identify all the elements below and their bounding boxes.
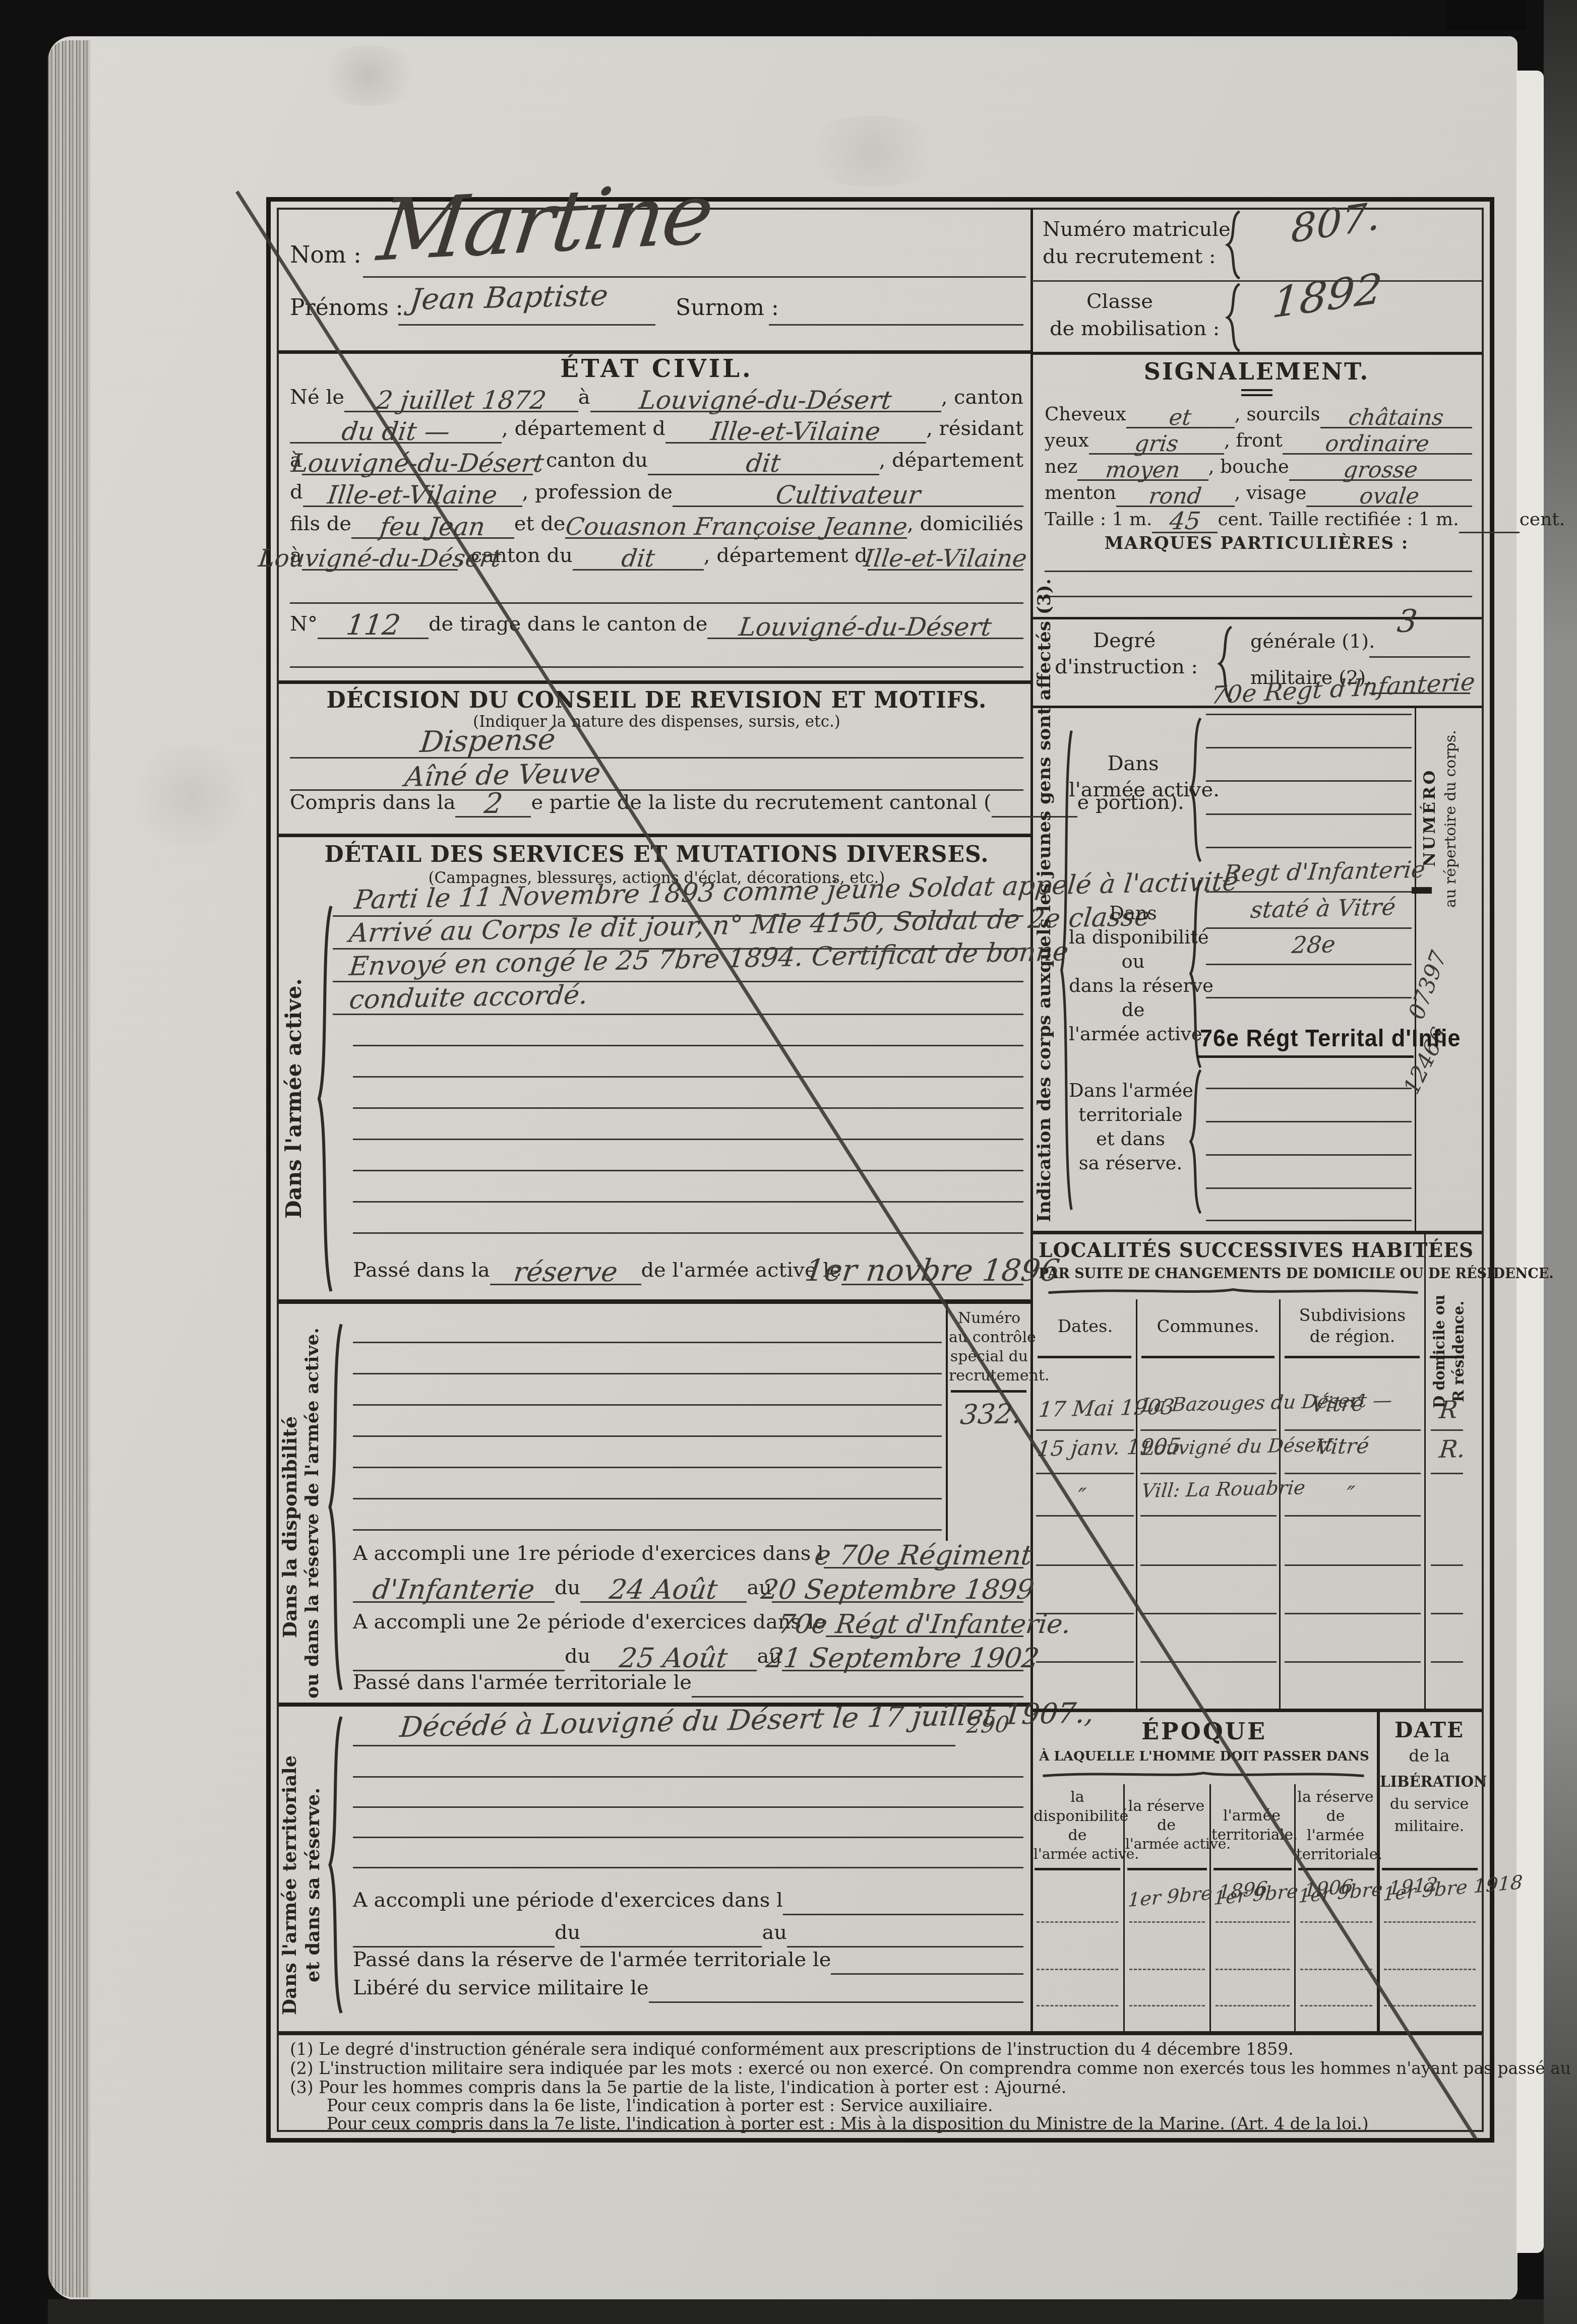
- line: [1285, 1473, 1421, 1474]
- ep-c2-l2: de: [1125, 1816, 1207, 1834]
- marques-label: MARQUES PARTICULIÈRES :: [1032, 533, 1482, 553]
- val: 2: [483, 792, 504, 816]
- marge-disponibilite-2: ou dans la réserve de l'armée active.: [301, 1356, 323, 1699]
- passe-reserve-row: Passé dans la réserve de l'armée active …: [353, 1251, 1023, 1285]
- ec-row-5: fils de feu Jean et de Couasnon François…: [290, 509, 1023, 539]
- dash-line: [1384, 2005, 1476, 2006]
- periode1b-row: d'Infanterie du 24 Août au 20 Septembre …: [353, 1571, 1023, 1603]
- blank-line: [353, 1045, 1023, 1046]
- blank-line: [353, 1139, 1023, 1140]
- lbl: , département d: [704, 544, 868, 571]
- val: gris: [1134, 434, 1179, 453]
- col-line: [1294, 1784, 1296, 2032]
- brace-icon: [327, 1321, 343, 1693]
- line: [1206, 813, 1412, 815]
- line: [1285, 1429, 1421, 1431]
- rule-heavy: [279, 2031, 1482, 2035]
- dash-line: [1037, 2005, 1118, 2006]
- repertoire-tick: [1412, 887, 1432, 894]
- lbl: Taille : 1 m.: [1045, 509, 1152, 533]
- ep-c3-l1: l'armée: [1211, 1807, 1292, 1825]
- dash-line: [1129, 1921, 1205, 1923]
- val: ordinaire: [1324, 434, 1430, 453]
- lbl: du: [565, 1645, 590, 1671]
- brace-icon: [316, 902, 333, 1295]
- blank-line: [353, 1529, 942, 1531]
- ec-row-3: à Louvigné-du-Désert , canton du dit , d…: [290, 445, 1023, 475]
- line: [1036, 1613, 1134, 1614]
- lbl: cent.: [1520, 509, 1565, 533]
- active-l2: l'armée active.: [1069, 778, 1192, 801]
- lbl: , front: [1224, 429, 1283, 455]
- val: 25 Août: [619, 1647, 730, 1670]
- col-line: [1209, 1784, 1211, 2032]
- ep-c1-l4: l'armée active.: [1034, 1846, 1121, 1862]
- page-edge-striations: [48, 40, 90, 2297]
- generale-value: 3: [1396, 602, 1419, 640]
- signalement-title: SIGNALEMENT.: [1032, 358, 1482, 385]
- date-l1: DATE: [1380, 1718, 1479, 1742]
- lbl: du: [555, 1921, 580, 1948]
- loc-r1-subdiv: Vitré: [1310, 1391, 1365, 1417]
- line: [333, 981, 1023, 982]
- footnote-2: (2) L'instruction militaire sera indiqué…: [290, 2058, 1577, 2078]
- dispo-l1: Dans: [1079, 902, 1187, 924]
- blank-line: [353, 1170, 1023, 1171]
- rule-heavy: [279, 1299, 1032, 1304]
- line: [1206, 1088, 1412, 1089]
- title-dash: [1241, 389, 1272, 391]
- ep-c4-l2: de: [1296, 1807, 1375, 1825]
- ec-row-2: du dit — , département d Ille-et-Vilaine…: [290, 413, 1023, 444]
- controle-l4: recrutement.: [949, 1367, 1029, 1385]
- compris-row: Compris dans la 2 e partie de la liste d…: [290, 786, 1023, 818]
- ec-row-1: Né le 2 juillet 1872 à Louvigné-du-Déser…: [290, 382, 1023, 412]
- passe-territoriale-row: Passé dans l'armée territoriale le: [353, 1669, 1023, 1698]
- line: [290, 757, 1023, 759]
- lbl: , canton: [941, 386, 1023, 412]
- periode2-row: A accompli une 2e période d'exercices da…: [353, 1605, 1023, 1637]
- val: rond: [1148, 487, 1203, 506]
- du-au-row: du au: [353, 1917, 1023, 1948]
- head-rule: [1298, 1868, 1374, 1870]
- dispo-v2: staté à Vitré: [1249, 893, 1397, 923]
- head-rule: [1141, 1356, 1275, 1358]
- val: et: [1168, 408, 1192, 427]
- footnote-3: (3) Pour les hommes compris dans la 5e p…: [290, 2078, 1066, 2097]
- ep-c4-l4: territoriale.: [1296, 1846, 1375, 1863]
- blank-line: [353, 1076, 1023, 1078]
- lbl: à: [578, 386, 590, 412]
- controle-rule: [951, 1390, 1026, 1393]
- blank-line: [353, 1201, 1023, 1203]
- blank-line: [353, 1837, 1023, 1838]
- dash-line: [1384, 1969, 1476, 1970]
- val: feu Jean: [379, 516, 487, 538]
- periode2b-row: du 25 Août au 21 Septembre 1902: [353, 1639, 1023, 1671]
- line: [1431, 1429, 1463, 1431]
- lbl: menton: [1045, 482, 1116, 507]
- loc-r3-commune: Vill: La Rouabrie: [1140, 1476, 1306, 1502]
- lbl: e partie de la liste du recrutement cant…: [531, 791, 991, 818]
- ep-c2-l1: la réserve: [1125, 1797, 1207, 1815]
- col-communes: Communes.: [1139, 1316, 1277, 1337]
- blank-line: [353, 1776, 1023, 1778]
- line: [1036, 1515, 1134, 1517]
- accompli-terr-row: A accompli une période d'exercices dans …: [353, 1885, 1023, 1915]
- col-line: [1424, 1234, 1426, 1709]
- loc-r2-dr: R.: [1438, 1435, 1467, 1464]
- val: 112: [345, 613, 402, 638]
- classe-label: Classe: [1086, 290, 1153, 313]
- etat-civil-title: ÉTAT CIVIL.: [290, 355, 1023, 383]
- epoque-title: ÉPOQUE: [1032, 1718, 1377, 1745]
- line: [1431, 1661, 1463, 1663]
- decision-subtitle: (Indiquer la nature des dispenses, sursi…: [290, 713, 1023, 731]
- nom-line: [363, 276, 1026, 278]
- head-rule: [1430, 1356, 1464, 1358]
- blank-line: [353, 1107, 1023, 1109]
- swash-rule: [1040, 1770, 1367, 1778]
- sig-row-taille: Taille : 1 m. 45 cent. Taille rectifiée …: [1045, 507, 1472, 533]
- line: [1206, 1187, 1412, 1189]
- line: [1206, 997, 1412, 998]
- blank-line: [290, 666, 1023, 668]
- line: [1431, 1564, 1463, 1566]
- localites-title: LOCALITÉS SUCCESSIVES HABITÉES: [1039, 1239, 1427, 1262]
- loc-r1-dr: R: [1438, 1396, 1459, 1424]
- head-rule: [1038, 1356, 1131, 1358]
- line: [1140, 1613, 1277, 1614]
- lbl: et de: [514, 512, 566, 539]
- dash-line: [1300, 1969, 1372, 1970]
- line: [1140, 1564, 1277, 1566]
- head-rule: [1035, 1868, 1120, 1870]
- dash-line: [1129, 1969, 1205, 1970]
- date-l3: LIBÉRATION: [1380, 1773, 1479, 1790]
- val: grosse: [1343, 461, 1419, 479]
- brace-icon: [327, 1714, 343, 2016]
- line: [1285, 1661, 1421, 1663]
- generale-label: générale (1).: [1250, 630, 1375, 652]
- val: Couasnon Françoise Jeanne: [564, 517, 908, 537]
- decision-title: DÉCISION DU CONSEIL DE REVISION ET MOTIF…: [290, 687, 1023, 713]
- next-page-sliver: [1517, 71, 1544, 2253]
- matricule-label2: du recrutement :: [1043, 245, 1216, 268]
- val: Louvigné-du-Désert: [738, 616, 993, 638]
- line: [1036, 1429, 1134, 1431]
- lbl: A accompli une période d'exercices dans …: [353, 1889, 783, 1915]
- rule-heavy: [1032, 1709, 1482, 1712]
- classe-label2: de mobilisation :: [1050, 317, 1220, 340]
- line: [1032, 280, 1482, 282]
- lbl: , bouche: [1208, 456, 1289, 481]
- head-rule: [1127, 1868, 1207, 1870]
- marge-disponibilite-1: Dans la disponibilité: [278, 1386, 301, 1668]
- col-line: [1123, 1784, 1125, 2032]
- lbl: Passé dans l'armée territoriale le: [353, 1671, 692, 1698]
- footnote-1: (1) Le degré d'instruction générale sera…: [290, 2039, 1294, 2059]
- lbl: , département: [879, 449, 1023, 475]
- lbl: Libéré du service militaire le: [353, 1976, 649, 2003]
- repertoire-l2: au répertoire du corps.: [1442, 708, 1460, 930]
- blank-line: [353, 1232, 1023, 1234]
- head-rule: [1214, 1868, 1292, 1870]
- blank-line: [290, 602, 1023, 604]
- footnote-4: Pour ceux compris dans la 6e liste, l'in…: [327, 2096, 993, 2115]
- line: [1206, 780, 1412, 782]
- val: d'Infanterie: [372, 1578, 536, 1601]
- marge-territoriale-2: et dans sa réserve.: [301, 1769, 324, 2001]
- line: [1206, 714, 1412, 715]
- dash-line: [1384, 1921, 1476, 1923]
- val: 21 Septembre 1902: [765, 1647, 1041, 1670]
- head-rule: [1285, 1356, 1420, 1358]
- blank-line: [353, 1404, 942, 1406]
- val: 2 juillet 1872: [375, 390, 547, 411]
- lbl: du: [555, 1576, 580, 1603]
- lbl: Passé dans la: [353, 1259, 490, 1285]
- ep-c4-l3: l'armée: [1296, 1827, 1375, 1844]
- rule: [1032, 352, 1482, 355]
- line: [1140, 1661, 1277, 1663]
- services-line4: conduite accordé.: [348, 980, 589, 1015]
- val: Louvigné-du-Désert: [290, 453, 545, 474]
- matricule-label: Numéro matricule: [1043, 218, 1231, 241]
- val: Ille-et-Vilaine: [863, 548, 1028, 569]
- marge-territoriale-1: Dans l'armée territoriale: [278, 1749, 300, 2021]
- right-gutter: [1544, 0, 1577, 2324]
- line: [1431, 1613, 1463, 1614]
- line: [1036, 1564, 1134, 1566]
- date-l4: du service: [1380, 1795, 1479, 1813]
- line: [1206, 891, 1412, 893]
- ep-c1-l2: disponibilité: [1034, 1807, 1121, 1825]
- lbl: A accompli une 2e période d'exercices da…: [353, 1610, 826, 1637]
- val: châtains: [1348, 408, 1445, 427]
- lbl: yeux: [1045, 429, 1089, 455]
- swash-rule: [1045, 1286, 1422, 1295]
- dash-line: [1037, 1969, 1118, 1970]
- rule: [279, 350, 1032, 354]
- val: du dit —: [340, 421, 451, 443]
- dispo-l5: de: [1079, 999, 1187, 1021]
- line: [1369, 656, 1470, 658]
- line: [1206, 847, 1412, 848]
- lbl: Passé dans la réserve de l'armée territo…: [353, 1948, 831, 1975]
- dispo-l4: dans la réserve: [1069, 975, 1192, 996]
- val: Louvigné-du-Désert: [258, 548, 502, 569]
- terr-l2: territoriale: [1069, 1104, 1192, 1125]
- brace-icon: [1224, 211, 1241, 279]
- dispo-l3: ou: [1079, 951, 1187, 972]
- lbl: , profession de: [522, 480, 673, 507]
- blank-line: [353, 1435, 942, 1437]
- val: Louvigné-du-Désert: [638, 390, 893, 411]
- line: [1206, 1220, 1412, 1221]
- lbl: nez: [1045, 456, 1077, 481]
- ep-c3-l2: territoriale.: [1211, 1826, 1292, 1843]
- date-l5: militaire.: [1380, 1817, 1479, 1835]
- line: [1206, 964, 1412, 965]
- col-line-heavy: [1377, 1712, 1380, 2032]
- libere-row: Libéré du service militaire le: [353, 1975, 1023, 2003]
- prenoms-label: Prénoms :: [290, 295, 403, 321]
- lbl: , visage: [1235, 482, 1307, 507]
- blank-line: [353, 1498, 942, 1499]
- col-subdiv-1: Subdivisions: [1283, 1305, 1422, 1325]
- rule: [279, 680, 1032, 684]
- line: [1206, 927, 1412, 929]
- blank-line: [353, 1373, 942, 1374]
- val: 1er novbre 1896: [804, 1258, 1061, 1284]
- sig-row-4: menton rond , visage ovale: [1045, 481, 1472, 507]
- lbl: de tirage dans le canton de: [429, 612, 707, 639]
- sig-row-3: nez moyen , bouche grosse: [1045, 455, 1472, 481]
- lbl: , département d: [502, 417, 665, 444]
- deces-ref: 290: [965, 1712, 1010, 1738]
- controle-l2: au contrôle: [949, 1329, 1029, 1346]
- ep-c4-l1: la réserve: [1296, 1788, 1375, 1806]
- degre-l2: d'instruction :: [1055, 655, 1198, 678]
- val: ovale: [1359, 487, 1420, 506]
- ec-row-6: à Louvigné-du-Désert , canton du dit , d…: [290, 540, 1023, 571]
- val: Ille-et-Vilaine: [327, 484, 499, 506]
- line: [1206, 1121, 1412, 1122]
- nom-label: Nom :: [290, 241, 361, 268]
- blank-line: [353, 1867, 1023, 1868]
- scanned-register-page: Martine Nom : Prénoms : Jean Baptiste Su…: [0, 0, 1577, 2324]
- repertoire-vline: [1415, 708, 1416, 1231]
- title-dash: [1241, 394, 1272, 396]
- blank-line: [1045, 571, 1472, 572]
- val: e 70e Régiment: [814, 1544, 1034, 1567]
- dash-line: [1129, 2005, 1205, 2006]
- nom-signature: Martine: [373, 164, 717, 280]
- tirage-row: N° 112 de tirage dans le canton de Louvi…: [290, 608, 1023, 639]
- active-l1: Dans: [1079, 752, 1187, 775]
- line: [1285, 1515, 1421, 1517]
- val: dit: [621, 548, 656, 569]
- dispo-v3: 28e: [1291, 930, 1337, 959]
- prenoms-value: Jean Baptiste: [408, 278, 610, 317]
- dash-line: [1216, 1921, 1290, 1923]
- lbl: , résidant: [926, 417, 1023, 444]
- sig-row-2: yeux gris , front ordinaire: [1045, 428, 1472, 455]
- line: [1140, 1473, 1277, 1474]
- line: [1140, 1515, 1277, 1517]
- lbl: au: [762, 1921, 787, 1948]
- line: [1431, 1473, 1463, 1474]
- ep-c1-l3: de: [1034, 1827, 1121, 1844]
- surnom-line: [769, 324, 1023, 326]
- line: [1285, 1564, 1421, 1566]
- val: 20 Septembre 1899: [760, 1578, 1036, 1601]
- dash-line: [1216, 2005, 1290, 2006]
- line: [1036, 1473, 1134, 1474]
- brace-icon: [1188, 1069, 1202, 1215]
- dash-line: [1300, 2005, 1372, 2006]
- lbl: , canton du: [533, 449, 647, 475]
- lbl: , domiciliés: [907, 512, 1023, 539]
- line: [333, 1014, 1023, 1015]
- val: Cultivateur: [774, 484, 922, 506]
- line: [1140, 1429, 1277, 1431]
- col-line: [1136, 1299, 1137, 1709]
- lbl: d: [290, 480, 303, 507]
- dash-line: [1300, 1921, 1372, 1923]
- blank-line: [353, 1467, 942, 1468]
- dispo-l2: la disponibilité: [1069, 926, 1192, 948]
- lbl: cent. Taille rectifiée : 1 m.: [1218, 509, 1459, 533]
- marge-armee-active: Dans l'armée active.: [281, 937, 306, 1260]
- line: [1206, 747, 1412, 748]
- line: [1036, 1661, 1134, 1663]
- services-title: DÉTAIL DES SERVICES ET MUTATIONS DIVERSE…: [290, 842, 1023, 867]
- ep-c1-l1: la: [1034, 1788, 1121, 1806]
- lbl: , sourcils: [1235, 403, 1320, 428]
- brace-icon: [1188, 717, 1202, 863]
- stamp-76e-regiment: 76e Régt Territal d'Infie: [1200, 1024, 1461, 1052]
- ep-c2-l3: l'armée active.: [1125, 1836, 1207, 1852]
- passe-reserve-terr-row: Passé dans la réserve de l'armée territo…: [353, 1946, 1023, 1975]
- localites-subtitle: PAR SUITE DE CHANGEMENTS DE DOMICILE OU …: [1039, 1266, 1427, 1282]
- head-rule: [1382, 1868, 1478, 1870]
- lbl: A accompli une 1re période d'exercices d…: [353, 1542, 824, 1568]
- lbl: fils de: [290, 512, 351, 539]
- blank-line: [353, 1806, 1023, 1808]
- val: 70e Régt d'Infanterie.: [777, 1613, 1072, 1636]
- val: dit: [745, 453, 782, 474]
- dispo-v1: Regt d'Infanterie: [1223, 856, 1426, 887]
- line: [1206, 1154, 1412, 1156]
- footnote-5: Pour ceux compris dans la 7e liste, l'in…: [327, 2114, 1369, 2133]
- terr-l3: et dans: [1069, 1128, 1192, 1150]
- loc-r2-commune: Louvigné du Désert: [1140, 1433, 1334, 1460]
- col-line: [1279, 1299, 1281, 1709]
- controle-l3: spécial du: [949, 1348, 1029, 1365]
- dash-line: [1216, 1969, 1290, 1970]
- stamp-underline: [1197, 1055, 1414, 1058]
- prenoms-line: [398, 324, 655, 326]
- decision-mention1: Dispensé: [418, 722, 557, 759]
- col-dr-1: D domicile ou: [1431, 1288, 1448, 1414]
- val: 24 Août: [609, 1578, 719, 1601]
- top-right-notch: [1446, 0, 1526, 30]
- epoque-subtitle: À LAQUELLE L'HOMME DOIT PASSER DANS: [1032, 1749, 1377, 1764]
- lbl: Né le: [290, 386, 344, 412]
- dispo-l6: l'armée active.: [1069, 1023, 1192, 1045]
- lbl: N°: [290, 612, 318, 639]
- blank-line: [353, 1342, 942, 1343]
- periode1-row: A accompli une 1re période d'exercices d…: [353, 1536, 1023, 1568]
- sig-row-1: Cheveux et , sourcils châtains: [1045, 402, 1472, 428]
- col-subdiv-2: de région.: [1283, 1327, 1422, 1346]
- loc-r2-subdiv: Vitré: [1315, 1433, 1370, 1459]
- line: [1285, 1613, 1421, 1614]
- controle-l1: Numéro: [949, 1309, 1029, 1327]
- col-dates: Dates.: [1036, 1316, 1134, 1337]
- bottom-shadow: [48, 2299, 1544, 2324]
- val: réserve: [512, 1261, 619, 1284]
- rule: [279, 834, 1032, 837]
- val: moyen: [1105, 461, 1181, 479]
- ec-row-4: d Ille-et-Vilaine , profession de Cultiv…: [290, 477, 1023, 507]
- date-l2: de la: [1380, 1746, 1479, 1766]
- val: Ille-et-Vilaine: [710, 421, 882, 443]
- terr-l1: Dans l'armée: [1069, 1080, 1192, 1101]
- controle-vline: [946, 1304, 948, 1541]
